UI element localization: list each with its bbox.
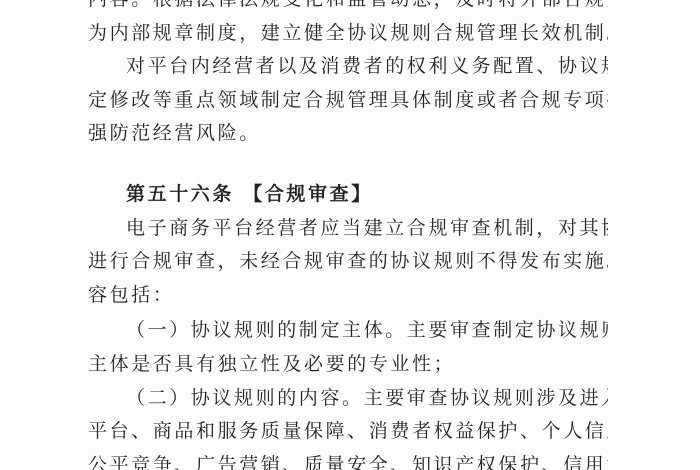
text-line: 公平竞争、广告营销、质量安全、知识产权保护、信用评价、争 [88,453,608,470]
text-line: （一）协议规则的制定主体。主要审查制定协议规则的行为 [126,318,608,342]
document-page: 内容。根据法律法规变化和监管动态，及时将外部合规要求转 为内部规章制度，建立健全… [0,0,700,470]
text-line: 内容。根据法律法规变化和监管动态，及时将外部合规要求转 [88,0,608,11]
text-line: 定修改等重点领域制定合规管理具体制度或者合规专项指南，加 [88,88,608,112]
text-line: 容包括： [88,283,608,307]
text-line: （二）协议规则的内容。主要审查协议规则涉及进入和退出 [126,386,608,410]
text-line: 进行合规审查，未经合规审查的协议规则不得发布实施。审查内 [88,249,608,273]
text-line: 平台、商品和服务质量保障、消费者权益保护、个人信息保护、 [88,419,608,443]
article-heading: 第五十六条 【合规审查】 [126,182,608,206]
text-line: 为内部规章制度，建立健全协议规则合规管理长效机制。 [88,21,608,45]
text-line: 强防范经营风险。 [88,121,608,145]
text-line: 电子商务平台经营者应当建立合规审查机制，对其协议规则 [126,216,608,240]
text-line: 主体是否具有独立性及必要的专业性； [88,352,608,376]
text-line: 对平台内经营者以及消费者的权利义务配置、协议规则的制 [126,54,608,78]
